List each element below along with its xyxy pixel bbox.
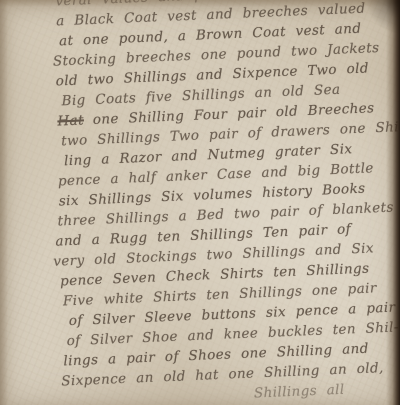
page-left-shadow xyxy=(0,0,8,405)
struck-word: Hat xyxy=(57,112,84,129)
manuscript-page: veral Values and pri a Black Coat vest a… xyxy=(0,0,400,405)
manuscript-text-block: veral Values and pri a Black Coat vest a… xyxy=(42,0,400,405)
